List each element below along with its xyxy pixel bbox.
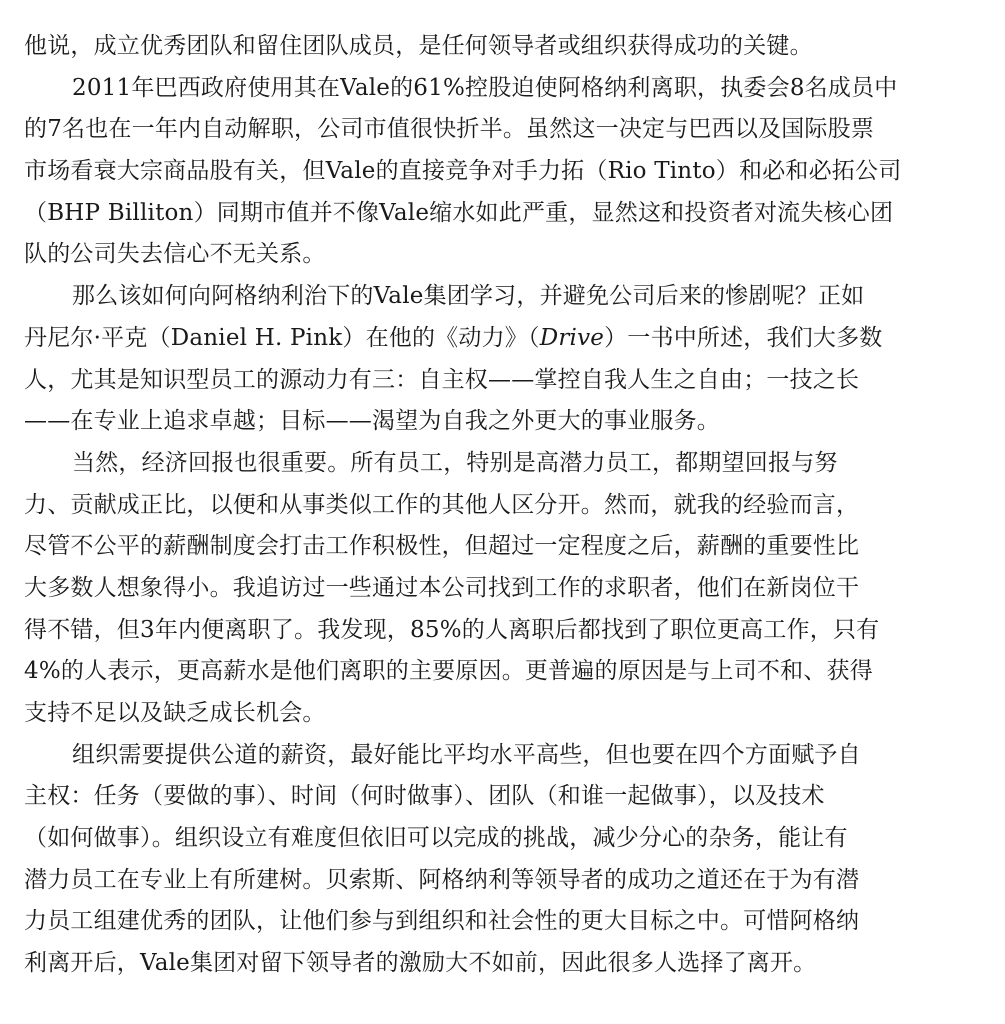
book-title-italic: Drive: [540, 325, 604, 351]
text-line: 的7名也在一年内自动解职，公司市值很快折半。虽然这一决定与巴西以及国际股票: [24, 109, 984, 151]
paragraph-5: 组织需要提供公道的薪资，最好能比平均水平高些，但也要在四个方面赋予自 主权：任务…: [24, 735, 984, 985]
text-line: 主权：任务（要做的事）、时间（何时做事）、团队（和谁一起做事），以及技术: [24, 776, 984, 818]
text-line: 尽管不公平的薪酬制度会打击工作积极性，但超过一定程度之后，薪酬的重要性比: [24, 526, 984, 568]
paragraph-4: 当然，经济回报也很重要。所有员工，特别是高潜力员工，都期望回报与努 力、贡献成正…: [24, 443, 984, 735]
text-line: 大多数人想象得小。我追访过一些通过本公司找到工作的求职者，他们在新岗位干: [24, 568, 984, 610]
text-line: 市场看衰大宗商品股有关，但Vale的直接竞争对手力拓（Rio Tinto）和必和…: [24, 151, 984, 193]
text-line: 队的公司失去信心不无关系。: [24, 234, 984, 276]
text-line: ——在专业上追求卓越；目标——渴望为自我之外更大的事业服务。: [24, 401, 984, 443]
text-line: 2011年巴西政府使用其在Vale的61%控股迫使阿格纳利离职，执委会8名成员中: [24, 68, 984, 110]
text-line: 支持不足以及缺乏成长机会。: [24, 693, 984, 735]
text-line: 那么该如何向阿格纳利治下的Vale集团学习，并避免公司后来的惨剧呢？正如: [24, 276, 984, 318]
text-line: （BHP Billiton）同期市值并不像Vale缩水如此严重，显然这和投资者对…: [24, 193, 984, 235]
text-line: 4%的人表示，更高薪水是他们离职的主要原因。更普遍的原因是与上司不和、获得: [24, 651, 984, 693]
text-line: （如何做事）。组织设立有难度但依旧可以完成的挑战，减少分心的杂务，能让有: [24, 818, 984, 860]
text-line: 潜力员工在专业上有所建树。贝索斯、阿格纳利等领导者的成功之道还在于为有潜: [24, 860, 984, 902]
text-line: 丹尼尔·平克（Daniel H. Pink）在他的《动力》（Drive）一书中所…: [24, 318, 984, 360]
text-line: 当然，经济回报也很重要。所有员工，特别是高潜力员工，都期望回报与努: [24, 443, 984, 485]
text-line: 组织需要提供公道的薪资，最好能比平均水平高些，但也要在四个方面赋予自: [24, 735, 984, 777]
text-line: 力员工组建优秀的团队，让他们参与到组织和社会性的更大目标之中。可惜阿格纳: [24, 901, 984, 943]
text-line: 人，尤其是知识型员工的源动力有三：自主权——掌控自我人生之自由；一技之长: [24, 360, 984, 402]
text-line: 得不错，但3年内便离职了。我发现，85%的人离职后都找到了职位更高工作，只有: [24, 610, 984, 652]
text-line: 力、贡献成正比，以便和从事类似工作的其他人区分开。然而，就我的经验而言，: [24, 485, 984, 527]
paragraph-1: 他说，成立优秀团队和留住团队成员，是任何领导者或组织获得成功的关键。: [24, 26, 984, 68]
paragraph-3: 那么该如何向阿格纳利治下的Vale集团学习，并避免公司后来的惨剧呢？正如 丹尼尔…: [24, 276, 984, 443]
paragraph-2: 2011年巴西政府使用其在Vale的61%控股迫使阿格纳利离职，执委会8名成员中…: [24, 68, 984, 276]
document-page: 他说，成立优秀团队和留住团队成员，是任何领导者或组织获得成功的关键。 2011年…: [24, 26, 984, 985]
text-line: 利离开后，Vale集团对留下领导者的激励大不如前，因此很多人选择了离开。: [24, 943, 984, 985]
text-line: 他说，成立优秀团队和留住团队成员，是任何领导者或组织获得成功的关键。: [24, 26, 984, 68]
